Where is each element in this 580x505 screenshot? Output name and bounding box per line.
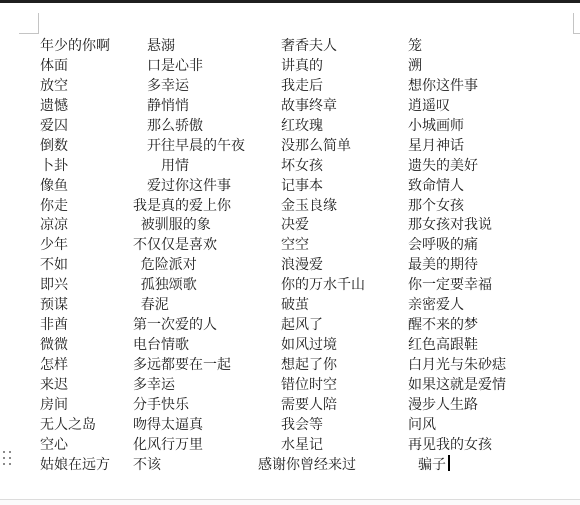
song-title-cell[interactable]: 溯 <box>408 56 422 76</box>
song-title-cell[interactable]: 倒数 <box>40 136 68 156</box>
song-title-cell[interactable]: 笼 <box>408 36 422 56</box>
song-title-cell[interactable]: 我走后 <box>281 76 323 96</box>
song-title-cell[interactable]: 来迟 <box>40 375 68 395</box>
song-row: 你走我是真的爱上你金玉良缘那个女孩 <box>0 196 580 216</box>
song-title-cell[interactable]: 那个女孩 <box>408 196 464 216</box>
song-title-cell[interactable]: 多幸运 <box>133 76 189 96</box>
song-title-cell[interactable]: 被驯服的象 <box>133 215 211 235</box>
song-title-cell[interactable]: 遗失的美好 <box>408 156 478 176</box>
song-title-cell[interactable]: 小城画师 <box>408 116 464 136</box>
song-title-cell[interactable]: 吻得太逼真 <box>133 415 203 435</box>
drag-handle-icon[interactable] <box>3 451 15 467</box>
song-title-cell[interactable]: 放空 <box>40 76 68 96</box>
song-title-cell[interactable]: 故事终章 <box>281 96 337 116</box>
song-title-cell[interactable]: 记事本 <box>281 176 323 196</box>
song-title-cell[interactable]: 如风过境 <box>281 335 337 355</box>
song-title-cell[interactable]: 春泥 <box>133 295 169 315</box>
song-title-cell[interactable]: 致命情人 <box>408 176 464 196</box>
song-title-cell[interactable]: 爱囚 <box>40 116 68 136</box>
song-title-cell[interactable]: 悬溺 <box>133 36 175 56</box>
window-top-border <box>0 0 580 3</box>
song-row: 房间分手快乐需要人陪漫步人生路 <box>0 395 580 415</box>
song-row: 遗憾 静悄悄故事终章逍遥叹 <box>0 96 580 116</box>
song-title-cell[interactable]: 想起了你 <box>281 355 337 375</box>
song-title-cell[interactable]: 会呼吸的痛 <box>408 235 478 255</box>
song-title-cell[interactable]: 亲密爱人 <box>408 295 464 315</box>
song-title-cell[interactable]: 那女孩对我说 <box>408 215 492 235</box>
song-title-cell[interactable]: 你的万水千山 <box>281 275 365 295</box>
song-title-cell[interactable]: 少年 <box>40 235 68 255</box>
song-row: 卜卦 用情坏女孩遗失的美好 <box>0 156 580 176</box>
song-row: 姑娘在远方不该感谢你曾经来过骗子 <box>0 455 580 475</box>
song-title-cell[interactable]: 星月神话 <box>408 136 464 156</box>
margin-corner-mark-left <box>19 13 39 34</box>
song-title-cell[interactable]: 坏女孩 <box>281 156 323 176</box>
song-title-cell[interactable]: 口是心非 <box>133 56 203 76</box>
song-title-cell[interactable]: 预谋 <box>40 295 68 315</box>
song-title-cell[interactable]: 空心 <box>40 435 68 455</box>
song-title-cell[interactable]: 危险派对 <box>133 255 197 275</box>
song-title-cell[interactable]: 最美的期待 <box>408 255 478 275</box>
song-title-cell[interactable]: 无人之岛 <box>40 415 96 435</box>
song-title-cell[interactable]: 多远都要在一起 <box>133 355 231 375</box>
song-title-cell[interactable]: 不如 <box>40 255 68 275</box>
song-row: 非酋第一次爱的人起风了醒不来的梦 <box>0 315 580 335</box>
song-title-cell[interactable]: 空空 <box>281 235 309 255</box>
song-title-cell[interactable]: 分手快乐 <box>133 395 189 415</box>
song-title-cell[interactable]: 电台情歌 <box>133 335 189 355</box>
song-title-cell[interactable]: 年少的你啊 <box>40 36 110 56</box>
song-title-cell[interactable]: 我是真的爱上你 <box>133 196 231 216</box>
song-title-cell[interactable]: 像鱼 <box>40 176 68 196</box>
song-title-cell[interactable]: 卜卦 <box>40 156 68 176</box>
song-title-cell[interactable]: 金玉良缘 <box>281 196 337 216</box>
song-title-cell[interactable]: 怎样 <box>40 355 68 375</box>
song-title-cell[interactable]: 姑娘在远方 <box>40 455 110 475</box>
below-page-gap <box>0 500 580 505</box>
song-title-cell[interactable]: 爱过你这件事 <box>133 176 231 196</box>
song-title-cell[interactable]: 开往早晨的午夜 <box>133 136 245 156</box>
song-row: 怎样多远都要在一起想起了你白月光与朱砂痣 <box>0 355 580 375</box>
song-row: 凉凉 被驯服的象决爱那女孩对我说 <box>0 215 580 235</box>
song-title-cell[interactable]: 感谢你曾经来过 <box>258 455 356 475</box>
song-title-cell[interactable]: 起风了 <box>281 315 323 335</box>
song-title-cell[interactable]: 房间 <box>40 395 68 415</box>
song-title-cell[interactable]: 孤独颂歌 <box>133 275 197 295</box>
song-title-cell[interactable]: 破茧 <box>281 295 309 315</box>
document-page[interactable]: 年少的你啊 悬溺奢香夫人笼体面 口是心非讲真的溯放空 多幸运我走后想你这件事遗憾… <box>0 0 580 505</box>
song-row: 倒数 开往早晨的午夜没那么简单星月神话 <box>0 136 580 156</box>
song-title-cell[interactable]: 第一次爱的人 <box>133 315 217 335</box>
song-title-cell[interactable]: 再见我的女孩 <box>408 435 492 455</box>
song-row: 空心化风行万里水星记再见我的女孩 <box>0 435 580 455</box>
song-title-cell[interactable]: 如果这就是爱情 <box>408 375 506 395</box>
song-title-cell[interactable]: 那么骄傲 <box>133 116 203 136</box>
song-title-cell[interactable]: 我会等 <box>281 415 323 435</box>
song-row: 放空 多幸运我走后想你这件事 <box>0 76 580 96</box>
song-title-cell[interactable]: 即兴 <box>40 275 68 295</box>
song-row: 即兴 孤独颂歌你的万水千山你一定要幸福 <box>0 275 580 295</box>
song-title-cell[interactable]: 水星记 <box>281 435 323 455</box>
song-title-cell[interactable]: 奢香夫人 <box>281 36 337 56</box>
song-title-cell[interactable]: 骗子 <box>418 455 446 475</box>
song-title-cell[interactable]: 浪漫爱 <box>281 255 323 275</box>
song-title-cell[interactable]: 红玫瑰 <box>281 116 323 136</box>
song-title-cell[interactable]: 凉凉 <box>40 215 68 235</box>
song-title-cell[interactable]: 逍遥叹 <box>408 96 450 116</box>
song-title-cell[interactable]: 用情 <box>133 156 189 176</box>
song-row: 年少的你啊 悬溺奢香夫人笼 <box>0 36 580 56</box>
song-title-cell[interactable]: 你一定要幸福 <box>408 275 492 295</box>
song-row: 少年不仅仅是喜欢空空会呼吸的痛 <box>0 235 580 255</box>
song-row: 预谋 春泥破茧亲密爱人 <box>0 295 580 315</box>
song-title-cell[interactable]: 静悄悄 <box>133 96 189 116</box>
song-list: 年少的你啊 悬溺奢香夫人笼体面 口是心非讲真的溯放空 多幸运我走后想你这件事遗憾… <box>0 36 580 475</box>
song-title-cell[interactable]: 红色高跟鞋 <box>408 335 478 355</box>
song-title-cell[interactable]: 讲真的 <box>281 56 323 76</box>
song-title-cell[interactable]: 遗憾 <box>40 96 68 116</box>
song-title-cell[interactable]: 微微 <box>40 335 68 355</box>
song-title-cell[interactable]: 体面 <box>40 56 68 76</box>
song-title-cell[interactable]: 需要人陪 <box>281 395 337 415</box>
song-row: 体面 口是心非讲真的溯 <box>0 56 580 76</box>
song-row: 不如 危险派对浪漫爱最美的期待 <box>0 255 580 275</box>
song-title-cell[interactable]: 你走 <box>40 196 68 216</box>
song-title-cell[interactable]: 非酋 <box>40 315 68 335</box>
song-title-cell[interactable]: 错位时空 <box>281 375 337 395</box>
song-title-cell[interactable]: 问风 <box>408 415 436 435</box>
song-title-cell[interactable]: 不该 <box>133 455 161 475</box>
song-title-cell[interactable]: 不仅仅是喜欢 <box>133 235 217 255</box>
drag-handle-dots <box>3 451 5 453</box>
song-title-cell[interactable]: 白月光与朱砂痣 <box>408 355 506 375</box>
margin-corner-mark-right <box>573 13 580 34</box>
song-title-cell[interactable]: 想你这件事 <box>408 76 478 96</box>
song-row: 微微电台情歌如风过境红色高跟鞋 <box>0 335 580 355</box>
text-caret <box>448 455 450 471</box>
song-title-cell[interactable]: 没那么简单 <box>281 136 351 156</box>
song-title-cell[interactable]: 决爱 <box>281 215 309 235</box>
song-row: 来迟多幸运错位时空如果这就是爱情 <box>0 375 580 395</box>
song-title-cell[interactable]: 醒不来的梦 <box>408 315 478 335</box>
song-title-cell[interactable]: 漫步人生路 <box>408 395 478 415</box>
song-row: 爱囚 那么骄傲红玫瑰小城画师 <box>0 116 580 136</box>
song-title-cell[interactable]: 化风行万里 <box>133 435 203 455</box>
song-row: 无人之岛吻得太逼真我会等问风 <box>0 415 580 435</box>
song-row: 像鱼 爱过你这件事记事本致命情人 <box>0 176 580 196</box>
song-title-cell[interactable]: 多幸运 <box>133 375 175 395</box>
